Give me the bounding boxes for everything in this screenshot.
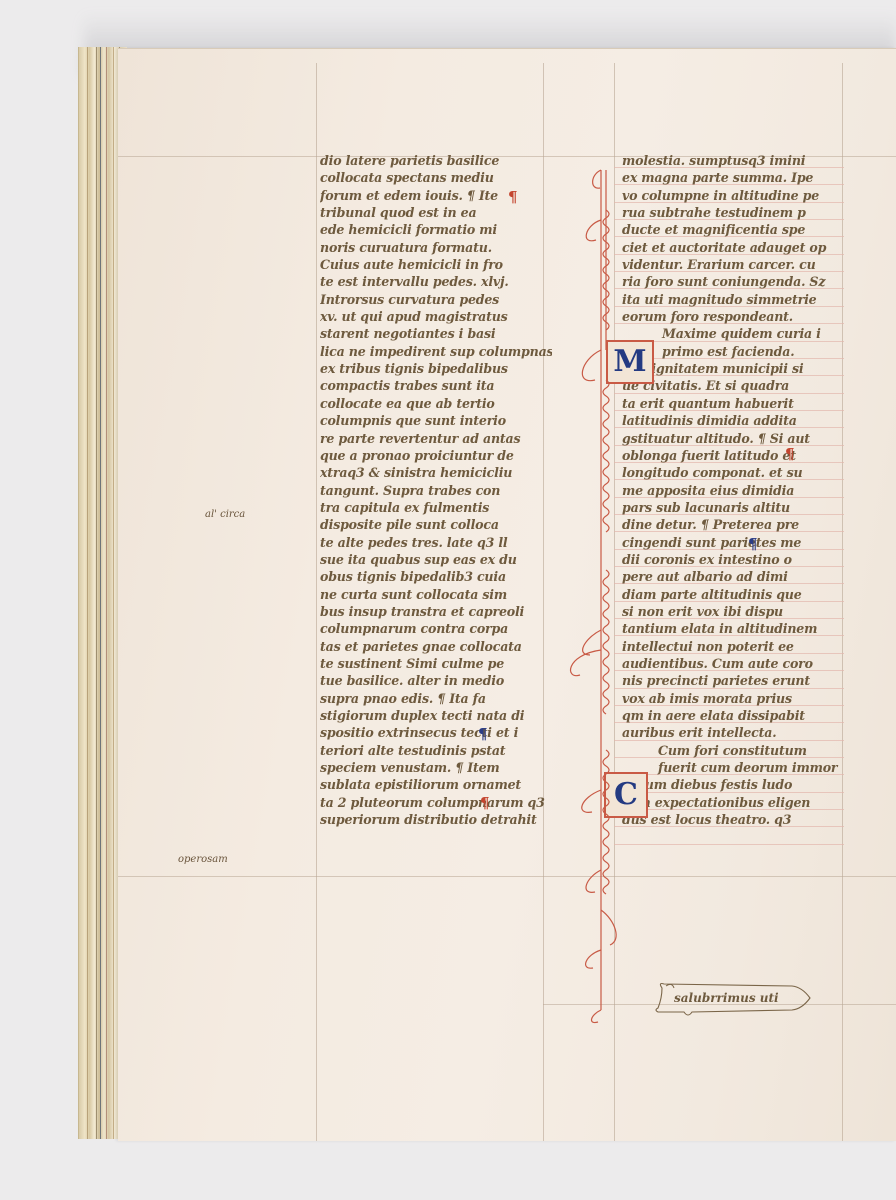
text-line: eorum foro respondeant. (622, 308, 860, 325)
text-line: sue ita quabus sup eas ex du (320, 551, 552, 568)
text-line: dii coronis ex intestino o (622, 551, 860, 568)
text-line: columpnarum contra corpa (320, 620, 552, 637)
text-line: te alte pedes tres. late q3 ll (320, 534, 552, 551)
text-line: noris curuatura formatu. (320, 239, 552, 256)
text-line: fuerit cum deorum immor (622, 759, 860, 776)
text-line: superiorum distributio detrahit (320, 811, 552, 828)
text-line: spositio extrinsecus tecti et i (320, 724, 552, 741)
text-line: ue civitatis. Et si quadra (622, 377, 860, 394)
text-line: ciet et auctoritate adauget op (622, 239, 860, 256)
text-line: lica ne impedirent sup columpnas (320, 343, 552, 360)
text-line: auribus erit intellecta. (622, 724, 860, 741)
text-column-right: molestia. sumptusq3 imini ex magna parte… (622, 152, 860, 828)
rubric-pilcrow: ¶ (508, 188, 518, 206)
text-line: ducte et magnificentia spe (622, 221, 860, 238)
text-line: rua subtrahe testudinem p (622, 204, 860, 221)
text-line: stigiorum duplex tecti nata di (320, 707, 552, 724)
text-line: intellectui non poterit ee (622, 638, 860, 655)
text-line: ta erit quantum habuerit (622, 395, 860, 412)
text-line: compactis trabes sunt ita (320, 377, 552, 394)
text-line: tue basilice. alter in medio (320, 672, 552, 689)
text-line: dio latere parietis basilice (320, 152, 552, 169)
text-line: collocata spectans mediu (320, 169, 552, 186)
text-line: tra capitula ex fulmentis (320, 499, 552, 516)
ruling-line (316, 63, 317, 1141)
rubric-pilcrow: ¶ (748, 535, 758, 553)
text-line: videntur. Erarium carcer. cu (622, 256, 860, 273)
text-line: teriori alte testudinis pstat (320, 742, 552, 759)
text-line: molestia. sumptusq3 imini (622, 152, 860, 169)
text-line: pars sub lacunaris altitu (622, 499, 860, 516)
text-line: dus est locus theatro. q3 (622, 811, 860, 828)
margin-note-2: operosam (178, 854, 228, 865)
text-line: vo columpne in altitudine pe (622, 187, 860, 204)
text-line: bus insup transtra et capreoli (320, 603, 552, 620)
text-line: Maxime quidem curia i (622, 325, 860, 342)
text-column-left: dio latere parietis basilice collocata s… (320, 152, 552, 828)
rubric-pilcrow: ¶ (785, 445, 795, 463)
text-line: talium diebus festis ludo (622, 776, 860, 793)
text-line: longitudo componat. et su (622, 464, 860, 481)
text-line: sublata epistiliorum ornamet (320, 776, 552, 793)
text-ruling-line (614, 844, 844, 845)
margin-note-1: al' circa (205, 509, 245, 520)
text-line: Introrsus curvatura pedes (320, 291, 552, 308)
text-line: primo est facienda. (622, 343, 860, 360)
rubric-pilcrow: ¶ (480, 794, 490, 812)
text-line: audientibus. Cum aute coro (622, 655, 860, 672)
text-line: que a pronao proiciuntur de (320, 447, 552, 464)
text-line: Cum fori constitutum (622, 742, 860, 759)
text-line: tas et parietes gnae collocata (320, 638, 552, 655)
text-line: gstituatur altitudo. ¶ Si aut (622, 430, 860, 447)
text-line: ex tribus tignis bipedalibus (320, 360, 552, 377)
text-line: tangunt. Supra trabes con (320, 482, 552, 499)
text-line: latitudinis dimidia addita (622, 412, 860, 429)
text-line: Cuius aute hemicicli in fro (320, 256, 552, 273)
text-line: ede hemicicli formatio mi (320, 221, 552, 238)
text-line: vox ab imis morata prius (622, 690, 860, 707)
text-line: disposite pile sunt colloca (320, 516, 552, 533)
text-line: xv. ut qui apud magistratus (320, 308, 552, 325)
text-line: starent negotiantes i basi (320, 325, 552, 342)
ruling-line (118, 876, 896, 877)
catchword-scroll: salubrrimus uti (652, 982, 822, 1016)
penwork-border (560, 150, 640, 1030)
text-line: cingendi sunt parietes me (622, 534, 860, 551)
text-line: rum expectationibus eligen (622, 794, 860, 811)
text-line: nis precincti parietes erunt (622, 672, 860, 689)
text-line: ad dignitatem municipii si (622, 360, 860, 377)
text-line: ita uti magnitudo simmetrie (622, 291, 860, 308)
text-line: ta 2 pluteorum columpnarum q3 (320, 794, 552, 811)
text-line: ex magna parte summa. Ipe (622, 169, 860, 186)
text-line: re parte revertentur ad antas (320, 430, 552, 447)
text-line: speciem venustam. ¶ Item (320, 759, 552, 776)
text-line: columpnis que sunt interio (320, 412, 552, 429)
text-line: tribunal quod est in ea (320, 204, 552, 221)
text-line: diam parte altitudinis que (622, 586, 860, 603)
text-line: obus tignis bipedalib3 cuia (320, 568, 552, 585)
text-line: si non erit vox ibi dispu (622, 603, 860, 620)
text-line: pere aut albario ad dimi (622, 568, 860, 585)
text-line: te est intervallu pedes. xlvj. (320, 273, 552, 290)
text-line: ria foro sunt coniungenda. Sz (622, 273, 860, 290)
rubric-pilcrow: ¶ (478, 725, 488, 743)
text-line: supra pnao edis. ¶ Ita fa (320, 690, 552, 707)
text-line: collocate ea que ab tertio (320, 395, 552, 412)
text-line: me apposita eius dimidia (622, 482, 860, 499)
catchword: salubrrimus uti (674, 991, 779, 1005)
text-line: qm in aere elata dissipabit (622, 707, 860, 724)
text-line: tantium elata in altitudinem (622, 620, 860, 637)
text-line: xtraq3 & sinistra hemicicliu (320, 464, 552, 481)
text-line: oblonga fuerit latitudo et (622, 447, 860, 464)
text-line: dine detur. ¶ Preterea pre (622, 516, 860, 533)
text-line: ne curta sunt collocata sim (320, 586, 552, 603)
text-line: te sustinent Simi culme pe (320, 655, 552, 672)
